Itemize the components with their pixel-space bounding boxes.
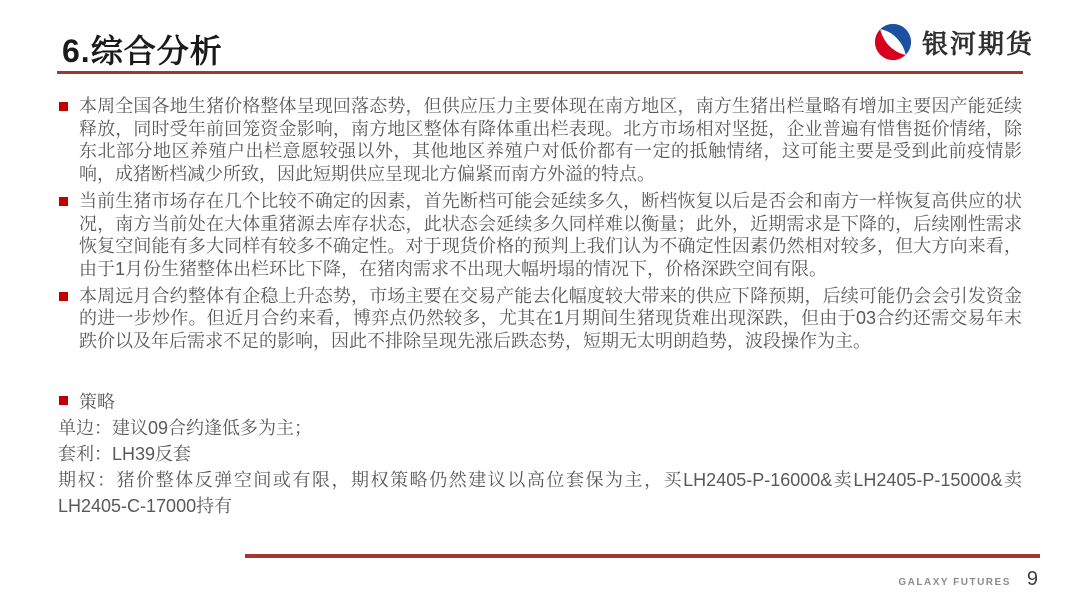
footer: GALAXY FUTURES 9	[898, 568, 1038, 591]
bullet-square-icon	[59, 102, 68, 111]
bullet-item: 本周全国各地生猪价格整体呈现回落态势，但供应压力主要体现在南方地区，南方生猪出栏…	[58, 95, 1022, 186]
strategy-line-arbitrage: 套利：LH39反套	[58, 441, 1022, 467]
galaxy-swirl-icon	[873, 22, 913, 62]
bullet-text: 本周远月合约整体有企稳上升态势，市场主要在交易产能去化幅度较大带来的供应下降预期…	[79, 286, 1022, 351]
analysis-body: 本周全国各地生猪价格整体呈现回落态势，但供应压力主要体现在南方地区，南方生猪出栏…	[58, 95, 1022, 519]
slide: 6.综合分析 银河期货 本周全国各地生猪价格整体呈现回落态势，但供应压力主要体现…	[0, 0, 1080, 608]
title-divider	[57, 71, 1023, 74]
bullet-text: 当前生猪市场存在几个比较不确定的因素，首先断档可能会延续多久，断档恢复以后是否会…	[79, 191, 1022, 279]
galaxy-futures-logo: 银河期货	[873, 22, 1034, 62]
strategy-line-unilateral: 单边：建议09合约逢低多为主；	[58, 415, 1022, 441]
strategy-heading: 策略	[58, 389, 1022, 415]
strategy-line-options: 期权：猪价整体反弹空间或有限，期权策略仍然建议以高位套保为主，买LH2405-P…	[58, 467, 1022, 519]
logo-text: 银河期货	[922, 24, 1034, 61]
footer-divider	[245, 554, 1040, 558]
bullet-item: 当前生猪市场存在几个比较不确定的因素，首先断档可能会延续多久，断档恢复以后是否会…	[58, 190, 1022, 281]
bullet-square-icon	[59, 197, 68, 206]
bullet-item: 本周远月合约整体有企稳上升态势，市场主要在交易产能去化幅度较大带来的供应下降预期…	[58, 285, 1022, 353]
bullet-text: 本周全国各地生猪价格整体呈现回落态势，但供应压力主要体现在南方地区，南方生猪出栏…	[79, 96, 1022, 184]
bullet-square-icon	[59, 292, 68, 301]
footer-brand: GALAXY FUTURES	[898, 577, 1011, 588]
bullet-list: 本周全国各地生猪价格整体呈现回落态势，但供应压力主要体现在南方地区，南方生猪出栏…	[58, 95, 1022, 353]
page-title: 6.综合分析	[62, 26, 223, 72]
strategy-section: 策略 单边：建议09合约逢低多为主； 套利：LH39反套 期权：猪价整体反弹空间…	[58, 389, 1022, 519]
bullet-square-icon	[59, 396, 68, 405]
page-number: 9	[1027, 568, 1038, 591]
strategy-heading-text: 策略	[79, 392, 115, 412]
